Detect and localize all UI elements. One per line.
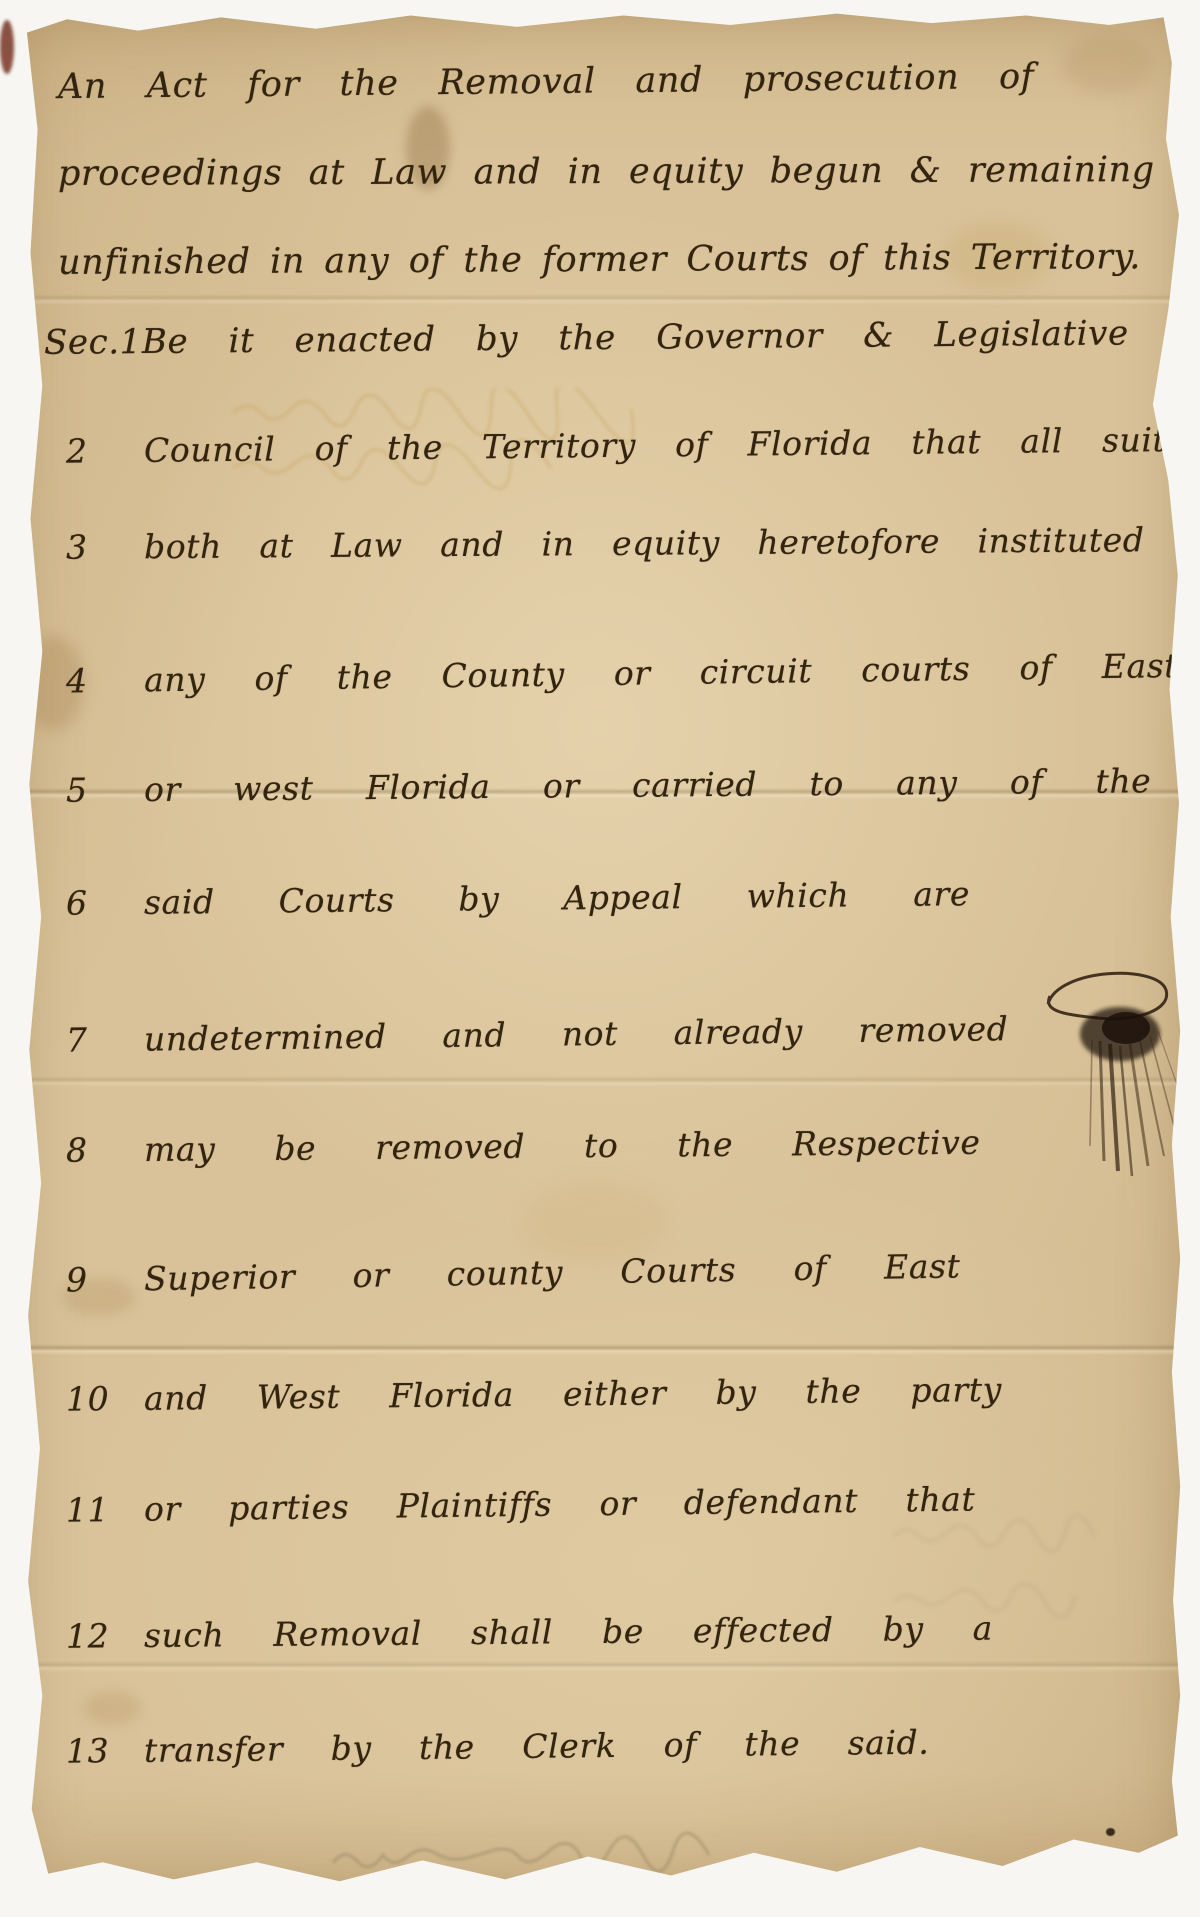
- line-text: Superior or county Courts of East: [144, 1246, 961, 1298]
- manuscript-line: 7 undetermined and not already removed: [44, 1007, 1166, 1060]
- title-line: proceedings at Law and in equity begun &…: [58, 150, 1155, 194]
- manuscript-line: 2 Council of the Territory of Florida th…: [44, 420, 1166, 471]
- manuscript-line: 13 transfer by the Clerk of the said.: [44, 1720, 1166, 1771]
- ink-speck: [1106, 1828, 1115, 1836]
- fold-crease: [8, 1344, 1192, 1355]
- line-text: or parties Plaintiffs or defendant that: [144, 1479, 976, 1528]
- manuscript-line: 11 or parties Plaintiffs or defendant th…: [44, 1477, 1166, 1530]
- fold-crease: [8, 1661, 1192, 1672]
- line-text: or west Florida or carried to any of the: [144, 761, 1152, 809]
- manuscript-line: 6 said Courts by Appeal which are: [44, 872, 1166, 923]
- title-line: An Act for the Removal and prosecution o…: [58, 57, 1035, 107]
- document-page: An Act for the Removal and prosecution o…: [8, 6, 1192, 1904]
- corner-ink-mark: [0, 20, 14, 74]
- line-number: 7: [44, 1020, 144, 1060]
- foxing-stain: [83, 1691, 141, 1725]
- line-text: undetermined and not already removed: [144, 1009, 1009, 1059]
- line-text: such Removal shall be effected by a: [144, 1609, 993, 1655]
- page-number: 163: [1063, 1856, 1113, 1881]
- manuscript-line: 4 any of the County or circuit courts of…: [44, 646, 1166, 701]
- line-text: both at Law and in equity heretofore ins…: [144, 520, 1200, 566]
- foxing-stain: [1063, 34, 1155, 94]
- line-number: 10: [44, 1379, 144, 1419]
- line-number: 5: [44, 770, 144, 810]
- line-number: Sec.1: [44, 322, 142, 363]
- line-text: said Courts by Appeal which are: [144, 874, 970, 922]
- line-number: 11: [44, 1490, 144, 1530]
- line-text: Council of the Territory of Florida that…: [144, 420, 1184, 470]
- line-number: 2: [44, 431, 144, 471]
- line-number: 3: [44, 527, 144, 567]
- line-number: 9: [44, 1259, 145, 1300]
- line-number: 6: [44, 883, 144, 923]
- line-text: Be it enacted by the Governor & Legislat…: [142, 313, 1129, 362]
- scan-background: An Act for the Removal and prosecution o…: [0, 0, 1200, 1917]
- manuscript-line: 8 may be removed to the Respective: [44, 1121, 1166, 1170]
- title-line: unfinished in any of the former Courts o…: [58, 237, 1141, 283]
- line-number: 13: [44, 1731, 144, 1771]
- line-text: may be removed to the Respective: [144, 1123, 981, 1169]
- ink-blot: [1008, 956, 1198, 1191]
- foxing-stain: [523, 1181, 668, 1261]
- manuscript-line: 12 such Removal shall be effected by a: [44, 1607, 1166, 1656]
- manuscript-line: 3 both at Law and in equity heretofore i…: [44, 520, 1166, 567]
- manuscript-line: 5 or west Florida or carried to any of t…: [44, 761, 1166, 810]
- line-text: any of the County or circuit courts of E…: [144, 646, 1179, 699]
- line-number: 4: [44, 660, 145, 700]
- bleedthrough-writing: [328, 1828, 798, 1898]
- line-number: 12: [44, 1616, 144, 1656]
- line-text: transfer by the Clerk of the said.: [144, 1723, 930, 1770]
- line-text: and West Florida either by the party: [144, 1370, 1002, 1418]
- manuscript-line: Sec.1 Be it enacted by the Governor & Le…: [44, 313, 1166, 363]
- line-number: 8: [44, 1130, 144, 1170]
- manuscript-line: 10 and West Florida either by the party: [44, 1368, 1166, 1419]
- manuscript-line: 9 Superior or county Courts of East: [44, 1243, 1166, 1300]
- fold-crease: [8, 294, 1192, 305]
